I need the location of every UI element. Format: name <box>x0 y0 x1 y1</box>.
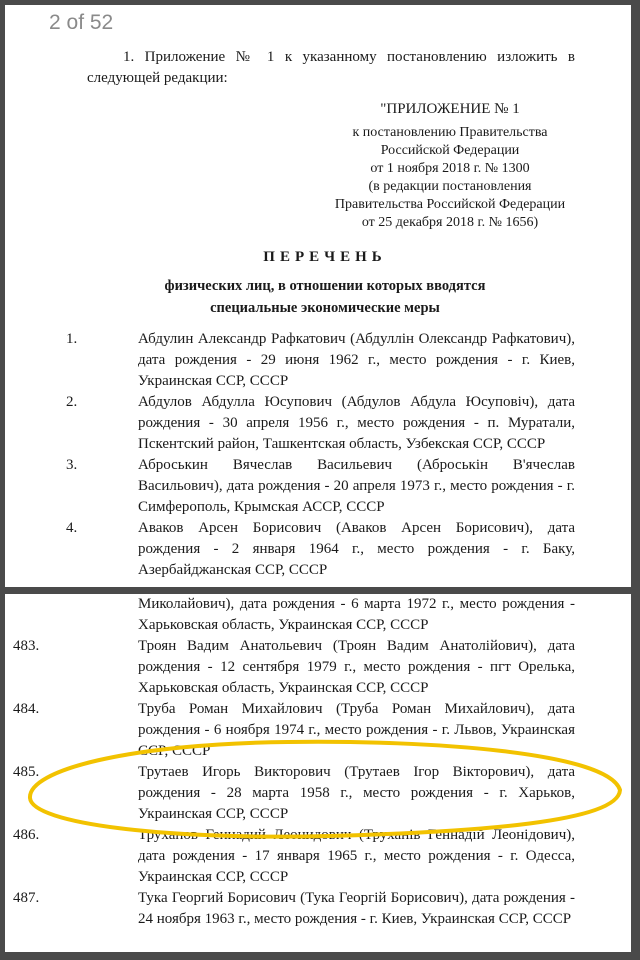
list-item: 487. Тука Георгий Борисович (Тука Георгі… <box>5 888 631 930</box>
entry-number: 487. <box>13 888 61 909</box>
appendix-header: "ПРИЛОЖЕНИЕ № 1 к постановлению Правител… <box>295 100 605 232</box>
list-item: 485. Трутаев Игорь Викторович (Трутаев І… <box>5 762 631 825</box>
entry-number: 484. <box>13 699 61 720</box>
entry-text: Абдулов Абдулла Юсупович (Абдулов Абдула… <box>138 392 575 455</box>
entry-number: 4. <box>5 518 114 539</box>
appendix-line: к постановлению Правительства <box>295 124 605 142</box>
appendix-line: от 25 декабря 2018 г. № 1656) <box>295 214 605 232</box>
document-page-top: 2 of 52 1. Приложение № 1 к указанному п… <box>5 5 631 587</box>
page-counter: 2 of 52 <box>49 11 113 35</box>
entry-text: Троян Вадим Анатольевич (Троян Вадим Ана… <box>138 636 575 699</box>
list-subtitle: физических лиц, в отношении которых ввод… <box>105 275 545 319</box>
appendix-heading: "ПРИЛОЖЕНИЕ № 1 <box>295 100 605 118</box>
appendix-line: Правительства Российской Федерации <box>295 196 605 214</box>
entry-number: 483. <box>13 636 61 657</box>
entry-list-bottom: Миколайович), дата рождения - 6 марта 19… <box>5 594 631 930</box>
entry-text: Труханов Геннадий Леонидович (Труханів Г… <box>138 825 575 888</box>
list-subtitle-line: специальные экономические меры <box>105 297 545 319</box>
entry-number: 1. <box>5 329 114 350</box>
list-item: 2. Абдулов Абдулла Юсупович (Абдулов Абд… <box>5 392 631 455</box>
list-item-highlighted: 486. Труханов Геннадий Леонидович (Труха… <box>5 825 631 888</box>
list-item: 483. Троян Вадим Анатольевич (Троян Вади… <box>5 636 631 699</box>
entry-text: Аваков Арсен Борисович (Аваков Арсен Бор… <box>138 518 575 581</box>
document-page-bottom: Миколайович), дата рождения - 6 марта 19… <box>5 594 631 952</box>
list-item-continued: Миколайович), дата рождения - 6 марта 19… <box>5 594 631 636</box>
list-item: 3. Аброськин Вячеслав Васильевич (Абрось… <box>5 455 631 518</box>
list-subtitle-line: физических лиц, в отношении которых ввод… <box>105 275 545 297</box>
list-title: ПЕРЕЧЕНЬ <box>105 249 545 266</box>
intro-paragraph: 1. Приложение № 1 к указанному постановл… <box>87 47 575 89</box>
entry-text: Абдулин Александр Рафкатович (Абдуллін О… <box>138 329 575 392</box>
entry-number: 3. <box>5 455 114 476</box>
appendix-line: от 1 ноября 2018 г. № 1300 <box>295 160 605 178</box>
entry-text: Трутаев Игорь Викторович (Трутаев Ігор В… <box>138 762 575 825</box>
entry-number: 486. <box>13 825 61 846</box>
list-item: 484. Труба Роман Михайлович (Труба Роман… <box>5 699 631 762</box>
appendix-line: (в редакции постановления <box>295 178 605 196</box>
entry-text: Миколайович), дата рождения - 6 марта 19… <box>138 594 575 636</box>
list-item: 1. Абдулин Александр Рафкатович (Абдуллі… <box>5 329 631 392</box>
entry-number: 485. <box>13 762 61 783</box>
entry-text: Труба Роман Михайлович (Труба Роман Миха… <box>138 699 575 762</box>
entry-text: Тука Георгий Борисович (Тука Георгій Бор… <box>138 888 575 930</box>
appendix-line: Российской Федерации <box>295 142 605 160</box>
entry-text: Аброськин Вячеслав Васильевич (Аброськін… <box>138 455 575 518</box>
entry-number: 2. <box>5 392 114 413</box>
entry-list-top: 1. Абдулин Александр Рафкатович (Абдуллі… <box>5 329 631 581</box>
list-item: 4. Аваков Арсен Борисович (Аваков Арсен … <box>5 518 631 581</box>
